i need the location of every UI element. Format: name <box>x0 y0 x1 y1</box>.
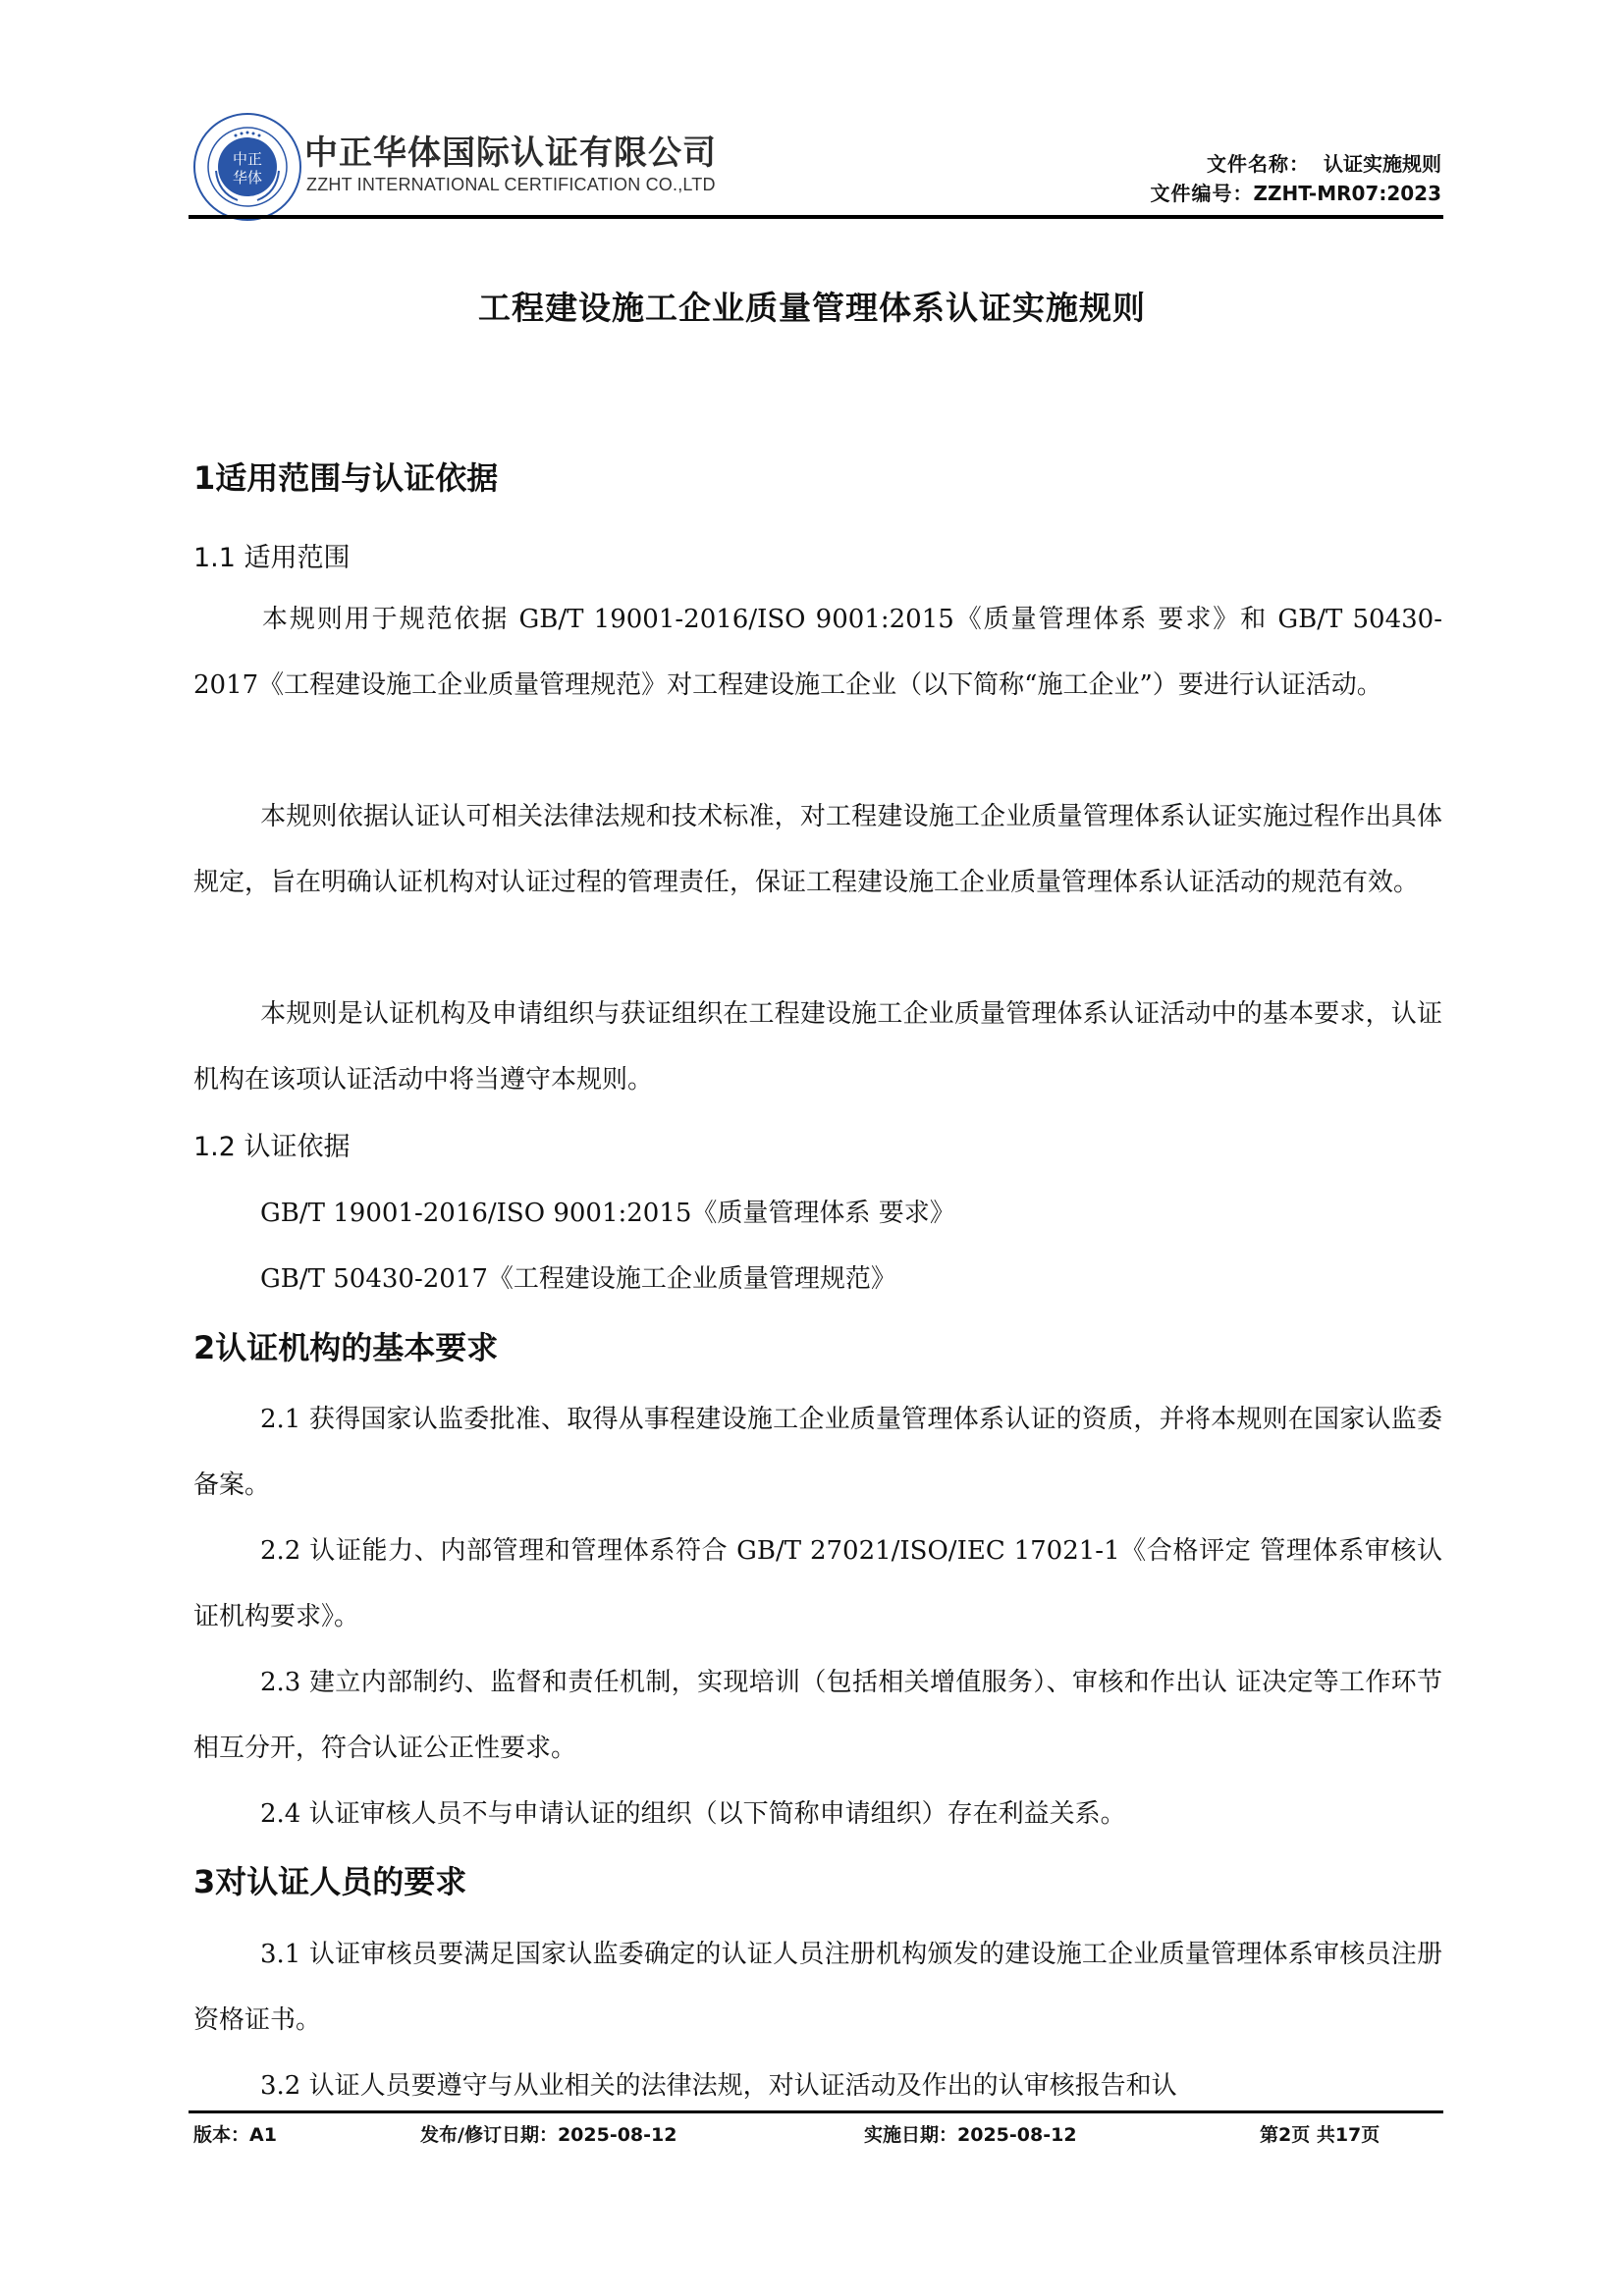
file-number-label: 文件编号： <box>1150 182 1253 205</box>
paragraph-2-3: 2.3 建立内部制约、监督和责任机制，实现培训（包括相关增值服务）、审核和作出认… <box>193 1650 1442 1782</box>
company-name-en: ZZHT INTERNATIONAL CERTIFICATION CO.,LTD <box>306 175 716 195</box>
company-name-cn: 中正华体国际认证有限公司 <box>304 126 717 174</box>
header-divider <box>189 215 1443 219</box>
paragraph-3-1: 3.1 认证审核员要满足国家认监委确定的认证人员注册机构颁发的建设施工企业质量管… <box>193 1922 1442 2054</box>
svg-text:华体: 华体 <box>233 169 262 187</box>
paragraph-2-4: 2.4 认证审核人员不与申请认证的组织（以下简称申请组织）存在利益关系。 <box>193 1782 1442 1847</box>
footer-effective-date: 实施日期：2025-08-12 <box>864 2120 1077 2147</box>
file-name-label: 文件名称： <box>1207 152 1310 176</box>
subsection-heading-1-2: 1.2 认证依据 <box>193 1125 351 1163</box>
paragraph-1-1-c: 本规则是认证机构及申请组织与获证组织在工程建设施工企业质量管理体系认证活动中的基… <box>193 982 1442 1113</box>
section-heading-1: 1适用范围与认证依据 <box>193 454 498 499</box>
document-meta: 文件名称：认证实施规则 文件编号：ZZHT-MR07:2023 <box>1150 149 1441 208</box>
svg-text:中正: 中正 <box>233 150 262 168</box>
footer-publish-date: 发布/修订日期：2025-08-12 <box>420 2120 677 2147</box>
file-name-value: 认证实施规则 <box>1324 152 1441 176</box>
company-seal-logo-icon: 中正 华体 <box>192 112 302 222</box>
reference-standard-1: GB/T 19001-2016/ISO 9001:2015《质量管理体系 要求》 <box>260 1193 955 1229</box>
footer-page-number: 第2页 共17页 <box>1260 2120 1380 2147</box>
file-number-value: ZZHT-MR07:2023 <box>1253 182 1441 205</box>
file-name-row: 文件名称：认证实施规则 <box>1150 149 1441 179</box>
footer-divider <box>189 2110 1443 2113</box>
paragraph-2-2: 2.2 认证能力、内部管理和管理体系符合 GB/T 27021/ISO/IEC … <box>193 1519 1442 1650</box>
document-page: 中正 华体 中正华体国际认证有限公司 ZZHT INTERNATIONAL CE… <box>0 0 1624 2296</box>
section-heading-2: 2认证机构的基本要求 <box>193 1323 498 1368</box>
subsection-heading-1-1: 1.1 适用范围 <box>193 536 351 574</box>
reference-standard-2: GB/T 50430-2017《工程建设施工企业质量管理规范》 <box>260 1258 896 1295</box>
paragraph-1-1-b: 本规则依据认证认可相关法律法规和技术标准，对工程建设施工企业质量管理体系认证实施… <box>193 784 1442 916</box>
paragraph-2-1: 2.1 获得国家认监委批准、取得从事程建设施工企业质量管理体系认证的资质，并将本… <box>193 1387 1442 1519</box>
file-number-row: 文件编号：ZZHT-MR07:2023 <box>1150 179 1441 208</box>
footer-version: 版本：A1 <box>193 2120 277 2147</box>
section-heading-3: 3对认证人员的要求 <box>193 1857 466 1902</box>
paragraph-1-1-a: 本规则用于规范依据 GB/T 19001-2016/ISO 9001:2015《… <box>193 587 1442 719</box>
paragraph-3-2: 3.2 认证人员要遵守与从业相关的法律法规，对认证活动及作出的认审核报告和认 <box>193 2054 1442 2119</box>
document-title: 工程建设施工企业质量管理体系认证实施规则 <box>0 283 1624 329</box>
